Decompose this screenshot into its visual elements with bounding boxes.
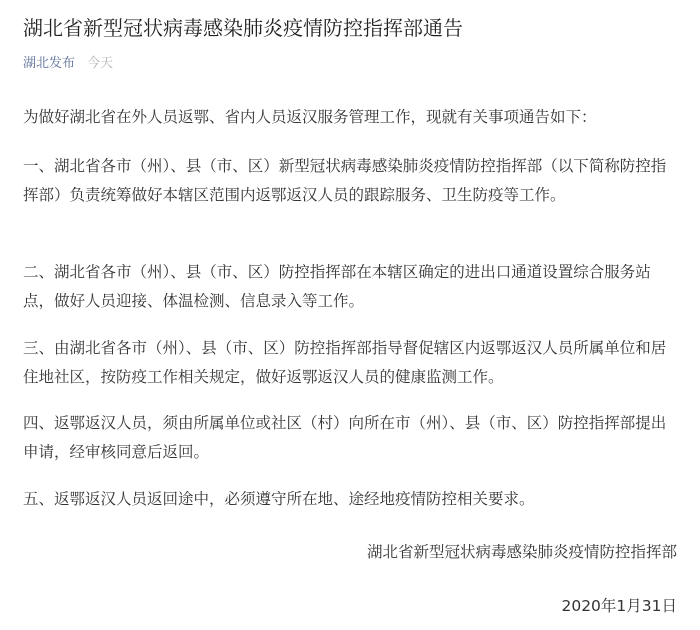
intro-paragraph: 为做好湖北省在外人员返鄂、省内人员返汉服务管理工作，现就有关事项通告如下： [23,103,677,132]
article-title: 湖北省新型冠状病毒感染肺炎疫情防控指挥部通告 [23,13,463,43]
article-meta: 湖北发布 今天 [23,54,113,74]
paragraph-item-2: 二、湖北省各市（州）、县（市、区）防控指挥部在本辖区确定的进出口通道设置综合服务… [23,258,677,316]
paragraph-item-3: 三、由湖北省各市（州）、县（市、区）防控指挥部指导督促辖区内返鄂返汉人员所属单位… [23,334,677,392]
paragraph-item-1: 一、湖北省各市（州）、县（市、区）新型冠状病毒感染肺炎疫情防控指挥部（以下简称防… [23,152,677,210]
paragraph-item-5: 五、返鄂返汉人员返回途中，必须遵守所在地、途经地疫情防控相关要求。 [23,485,677,514]
signature-date: 2020年1月31日 [561,592,677,621]
publish-date: 今天 [87,56,113,71]
signature-organization: 湖北省新型冠状病毒感染肺炎疫情防控指挥部 [367,538,677,567]
paragraph-item-4: 四、返鄂返汉人员，须由所属单位或社区（村）向所在市（州）、县（市、区）防控指挥部… [23,409,677,467]
author-link[interactable]: 湖北发布 [23,56,75,71]
